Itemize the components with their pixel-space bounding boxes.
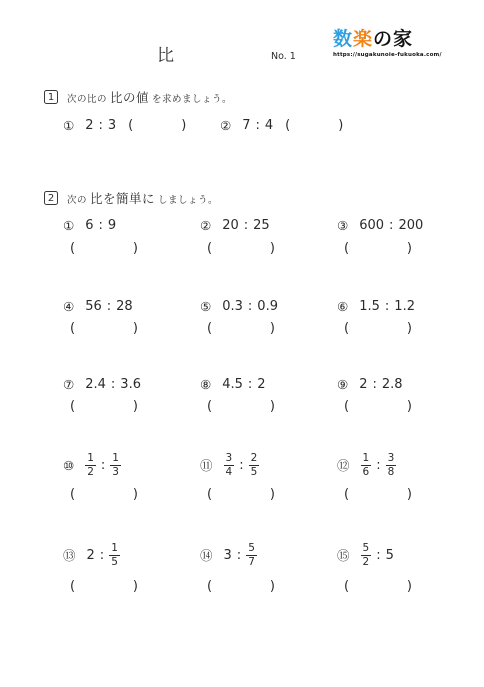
instruction-text: しましょう。 [158, 192, 218, 206]
fraction-numerator: 1 [361, 452, 372, 466]
answer-parentheses: () [70, 241, 138, 256]
section-1-instruction: 次の比の比の値を求めましょう。 [67, 88, 232, 106]
ratio-term: 0.3 [222, 299, 243, 314]
problem-expression: ⑤0.3:0.9 [200, 299, 278, 314]
answer-parentheses: () [70, 579, 138, 594]
paren-open: ( [207, 399, 212, 414]
problem-number: ⑥ [337, 299, 348, 314]
fraction-denominator: 6 [361, 466, 372, 479]
fraction-denominator: 5 [249, 466, 260, 479]
fraction: 25 [249, 452, 260, 478]
fraction: 57 [246, 542, 257, 568]
paren-open: ( [70, 321, 75, 336]
ratio-term: 2 [257, 377, 265, 392]
logo-url: https://sugakunoie-fukuoka.com/ [333, 52, 442, 58]
ratio-colon: : [376, 548, 380, 563]
instruction-text: を求めましょう。 [152, 91, 232, 105]
ratio-term: 1.5 [359, 299, 380, 314]
ratio-colon: : [373, 377, 377, 392]
paren-close: ) [270, 321, 275, 336]
problem-expression: ⑥1.5:1.2 [337, 299, 415, 314]
ratio-colon: : [389, 218, 393, 233]
ratio-colon: : [248, 377, 252, 392]
section-2-header: 2 次の比を簡単にしましょう。 [44, 189, 218, 207]
instruction-text: 次の [67, 192, 87, 206]
ratio-colon: : [244, 218, 248, 233]
paren-close: ) [181, 118, 186, 133]
logo-text: 数楽の家 [333, 29, 442, 50]
ratio-colon: : [107, 299, 111, 314]
section-1-header: 1 次の比の比の値を求めましょう。 [44, 88, 232, 106]
problem-expression: ⑨2:2.8 [337, 377, 403, 392]
answer-parentheses: () [70, 399, 138, 414]
section-2-instruction: 次の比を簡単にしましょう。 [67, 189, 218, 207]
ratio-term: 2 [85, 118, 93, 133]
ratio-colon: : [99, 218, 103, 233]
fraction-denominator: 4 [224, 466, 235, 479]
section-1-number: 1 [44, 90, 58, 104]
fraction-denominator: 7 [246, 556, 257, 569]
problem-expression: ⑩12:13 [63, 452, 121, 478]
fraction-numerator: 3 [224, 452, 235, 466]
paren-open: ( [207, 241, 212, 256]
paren-close: ) [407, 579, 412, 594]
paren-open: ( [207, 487, 212, 502]
ratio-colon: : [100, 548, 104, 563]
answer-parentheses: () [344, 487, 412, 502]
ratio-term: 6 [85, 218, 93, 233]
ratio-term: 4.5 [222, 377, 243, 392]
ratio-term: 7 [242, 118, 250, 133]
fraction-denominator: 3 [110, 466, 121, 479]
answer-parentheses: () [207, 579, 275, 594]
fraction: 13 [110, 452, 121, 478]
problem-number: ⑦ [63, 377, 74, 392]
problem-number: ③ [337, 218, 348, 233]
problem-number: ⑩ [63, 458, 74, 473]
paren-close: ) [407, 241, 412, 256]
problem-expression: ⑦2.4:3.6 [63, 377, 141, 392]
ratio-term: 3.6 [120, 377, 141, 392]
paren-open: ( [70, 241, 75, 256]
ratio-colon: : [111, 377, 115, 392]
ratio-term: 2.4 [85, 377, 106, 392]
paren-close: ) [133, 321, 138, 336]
problem-number: ⑭ [200, 546, 213, 564]
ratio-colon: : [99, 118, 103, 133]
problem-number: ① [63, 218, 74, 233]
paren-open: ( [344, 321, 349, 336]
paren-close: ) [338, 118, 343, 133]
ratio-term: 5 [386, 548, 394, 563]
answer-parentheses: () [70, 321, 138, 336]
problem-expression: ⑫16:38 [337, 452, 396, 478]
paren-open: ( [344, 399, 349, 414]
paren-close: ) [133, 399, 138, 414]
paren-open: ( [70, 579, 75, 594]
paren-close: ) [133, 487, 138, 502]
problem-expression: ⑧4.5:2 [200, 377, 266, 392]
ratio-term: 25 [253, 218, 270, 233]
ratio-term: 2.8 [382, 377, 403, 392]
fraction: 34 [224, 452, 235, 478]
fraction-numerator: 3 [386, 452, 397, 466]
fraction: 12 [85, 452, 96, 478]
ratio-term: 200 [398, 218, 423, 233]
fraction: 15 [109, 542, 120, 568]
problem-expression: ②20:25 [200, 218, 270, 233]
problem-expression: ④56:28 [63, 299, 133, 314]
logo-char-orange: 楽 [353, 28, 373, 50]
ratio-term: 3 [108, 118, 116, 133]
ratio-colon: : [256, 118, 260, 133]
ratio-term: 2 [359, 377, 367, 392]
ratio-colon: : [239, 458, 243, 473]
paren-close: ) [270, 579, 275, 594]
paren-open: ( [344, 579, 349, 594]
paren-open: ( [207, 321, 212, 336]
fraction-numerator: 1 [110, 452, 121, 466]
answer-parentheses: () [344, 579, 412, 594]
logo-char-blue: 数 [333, 28, 353, 50]
problem-expression: ⑬2:15 [63, 542, 120, 568]
fraction-numerator: 2 [249, 452, 260, 466]
fraction-denominator: 2 [361, 556, 372, 569]
logo-char-black: の家 [373, 28, 413, 50]
logo: 数楽の家 https://sugakunoie-fukuoka.com/ [333, 29, 442, 58]
answer-parentheses: () [207, 399, 275, 414]
fraction: 16 [361, 452, 372, 478]
paren-open: ( [128, 118, 133, 133]
fraction-numerator: 1 [85, 452, 96, 466]
ratio-term: 28 [116, 299, 133, 314]
problem-expression: ⑭3:57 [200, 542, 257, 568]
ratio-colon: : [385, 299, 389, 314]
instruction-emphasis: 比の値 [110, 88, 149, 106]
paren-close: ) [270, 241, 275, 256]
problem-number: ⑤ [200, 299, 211, 314]
paren-open: ( [285, 118, 290, 133]
problem-number: ① [63, 118, 74, 133]
ratio-term: 2 [87, 548, 95, 563]
ratio-term: 56 [85, 299, 102, 314]
fraction: 38 [386, 452, 397, 478]
answer-parentheses: () [207, 241, 275, 256]
answer-parentheses: () [70, 487, 138, 502]
problem-number: ② [220, 118, 231, 133]
worksheet-page: 比 No. 1 数楽の家 https://sugakunoie-fukuoka.… [0, 0, 484, 687]
problem-number: ⑮ [337, 546, 350, 564]
ratio-term: 600 [359, 218, 384, 233]
paren-open: ( [344, 241, 349, 256]
paren-open: ( [70, 399, 75, 414]
fraction-denominator: 5 [109, 556, 120, 569]
paren-open: ( [207, 579, 212, 594]
ratio-colon: : [248, 299, 252, 314]
answer-parentheses: () [344, 321, 412, 336]
ratio-colon: : [101, 458, 105, 473]
problem-expression: ③600:200 [337, 218, 423, 233]
ratio-term: 1.2 [394, 299, 415, 314]
problem-number: ④ [63, 299, 74, 314]
paren-open: ( [344, 487, 349, 502]
problem-expression: ②7:4() [220, 118, 343, 133]
problem-number: ⑨ [337, 377, 348, 392]
paren-close: ) [407, 399, 412, 414]
answer-parentheses: () [344, 399, 412, 414]
ratio-term: 4 [265, 118, 273, 133]
fraction-numerator: 5 [246, 542, 257, 556]
ratio-term: 20 [222, 218, 239, 233]
ratio-colon: : [237, 548, 241, 563]
paren-open: ( [70, 487, 75, 502]
paren-close: ) [407, 487, 412, 502]
paren-close: ) [133, 241, 138, 256]
instruction-text: 次の比の [67, 91, 107, 105]
fraction-numerator: 5 [361, 542, 372, 556]
problem-number: ⑫ [337, 456, 350, 474]
problem-number: ⑬ [63, 546, 76, 564]
section-2-number: 2 [44, 191, 58, 205]
problem-number: ② [200, 218, 211, 233]
fraction-denominator: 8 [386, 466, 397, 479]
ratio-term: 9 [108, 218, 116, 233]
answer-parentheses: () [207, 487, 275, 502]
problem-expression: ⑮52:5 [337, 542, 394, 568]
problem-expression: ①2:3() [63, 118, 186, 133]
answer-parentheses: () [344, 241, 412, 256]
paren-close: ) [133, 579, 138, 594]
instruction-emphasis: 比を簡単に [90, 189, 155, 207]
fraction: 52 [361, 542, 372, 568]
paren-close: ) [270, 399, 275, 414]
ratio-term: 3 [224, 548, 232, 563]
paren-close: ) [407, 321, 412, 336]
fraction-denominator: 2 [85, 466, 96, 479]
answer-parentheses: () [207, 321, 275, 336]
problem-expression: ①6:9 [63, 218, 116, 233]
page-number: No. 1 [271, 51, 296, 62]
ratio-term: 0.9 [257, 299, 278, 314]
problem-number: ⑪ [200, 456, 213, 474]
page-title: 比 [157, 41, 174, 66]
problem-expression: ⑪34:25 [200, 452, 259, 478]
fraction-numerator: 1 [109, 542, 120, 556]
ratio-colon: : [376, 458, 380, 473]
paren-close: ) [270, 487, 275, 502]
problem-number: ⑧ [200, 377, 211, 392]
